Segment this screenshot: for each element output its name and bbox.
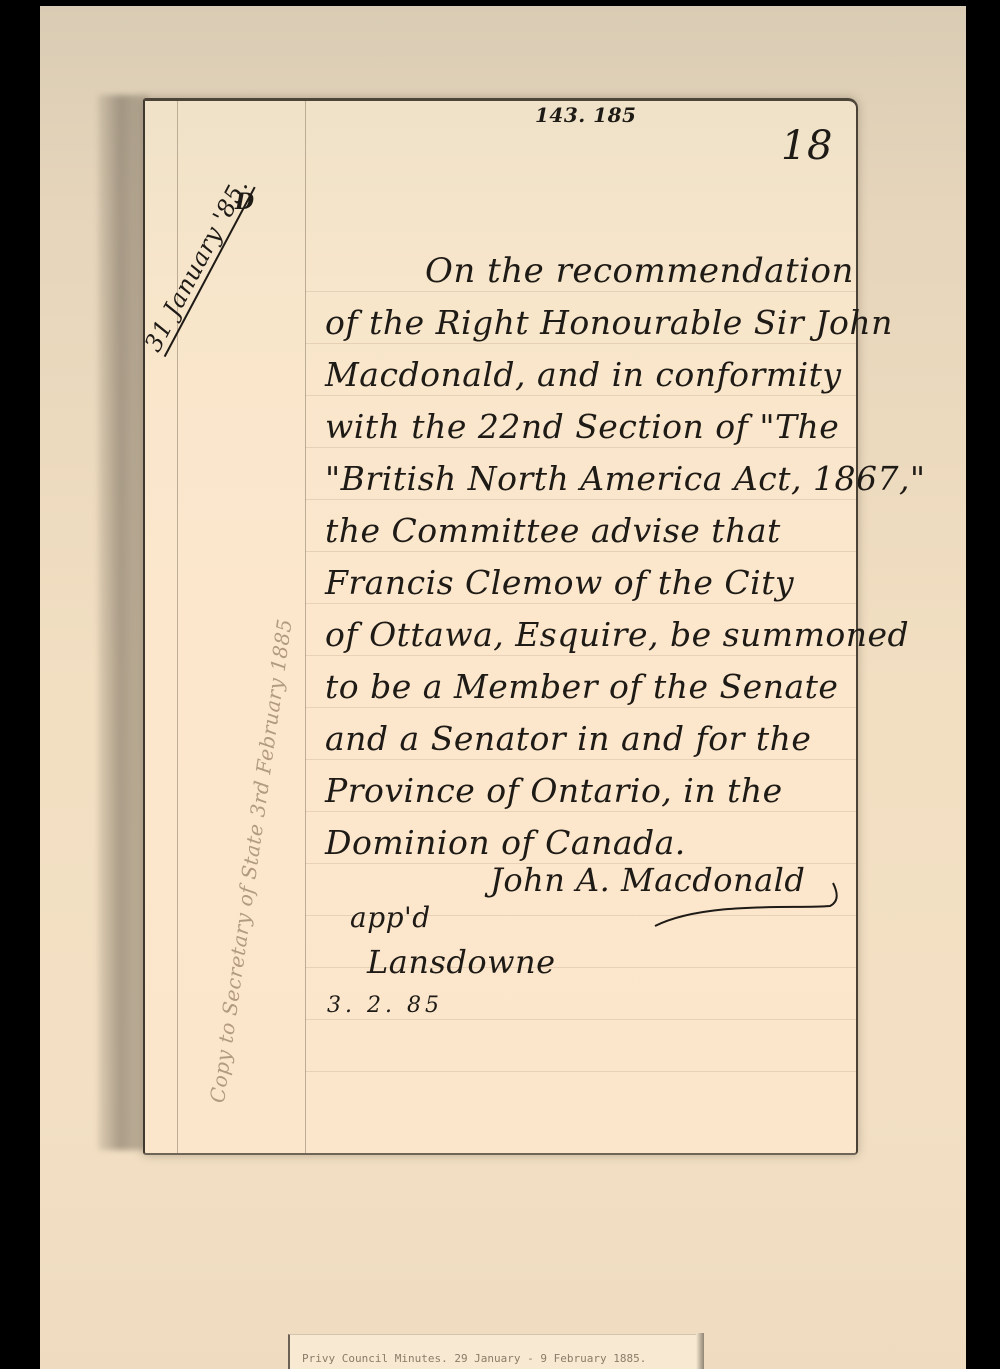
body-line: of the Right Honourable Sir John (325, 303, 893, 342)
body-line: Province of Ontario, in the (325, 771, 783, 810)
ruled-line (305, 655, 856, 656)
ruled-line (305, 499, 856, 500)
catalogue-number: 143. 185 (535, 103, 636, 127)
binding-shadow (98, 95, 148, 1150)
body-line: of Ottawa, Esquire, be summoned (325, 615, 909, 654)
ruled-line (305, 447, 856, 448)
ruled-line (305, 707, 856, 708)
margin-rule-inner (305, 101, 306, 1153)
body-line: to be a Member of the Senate (325, 667, 838, 706)
ruled-line (305, 395, 856, 396)
ruled-line (305, 759, 856, 760)
ruled-line (305, 551, 856, 552)
archive-label-card: Privy Council Minutes. 29 January - 9 Fe… (288, 1334, 702, 1369)
margin-date: 31 January '85. (139, 173, 256, 357)
body-line: and a Senator in and for the (325, 719, 811, 758)
body-line: the Committee advise that (325, 511, 781, 550)
margin-rule-outer (177, 101, 178, 1153)
body-line: On the recommendation (425, 251, 854, 291)
archive-label-text: Privy Council Minutes. 29 January - 9 Fe… (302, 1352, 646, 1365)
approval-date: 3. 2. 85 (327, 993, 443, 1018)
archive-label-edge (696, 1333, 704, 1369)
margin-note-copy: Copy to Secretary of State 3rd February … (205, 617, 297, 1104)
ruled-line (305, 603, 856, 604)
document-sheet: 143. 185 18 D 31 January '85. Copy to Se… (143, 98, 858, 1155)
scan-border-right (966, 0, 1000, 1369)
approval-signer: Lansdowne (367, 943, 556, 981)
body-line: Francis Clemow of the City (325, 563, 794, 602)
scan-border-top (0, 0, 1000, 6)
body-line: "British North America Act, 1867," (325, 459, 926, 498)
body-line: Macdonald, and in conformity (325, 355, 842, 394)
scan-border-left (0, 0, 42, 1369)
ruled-line (305, 343, 856, 344)
ruled-line (305, 291, 856, 292)
approval-label: app'd (350, 901, 431, 934)
ruled-line (305, 1019, 856, 1020)
body-line: Dominion of Canada. (325, 823, 686, 862)
ruled-line (305, 1071, 856, 1072)
ruled-line (305, 811, 856, 812)
signature-flourish (645, 881, 845, 931)
body-line: with the 22nd Section of "The (325, 407, 839, 446)
folio-number: 18 (781, 123, 833, 169)
